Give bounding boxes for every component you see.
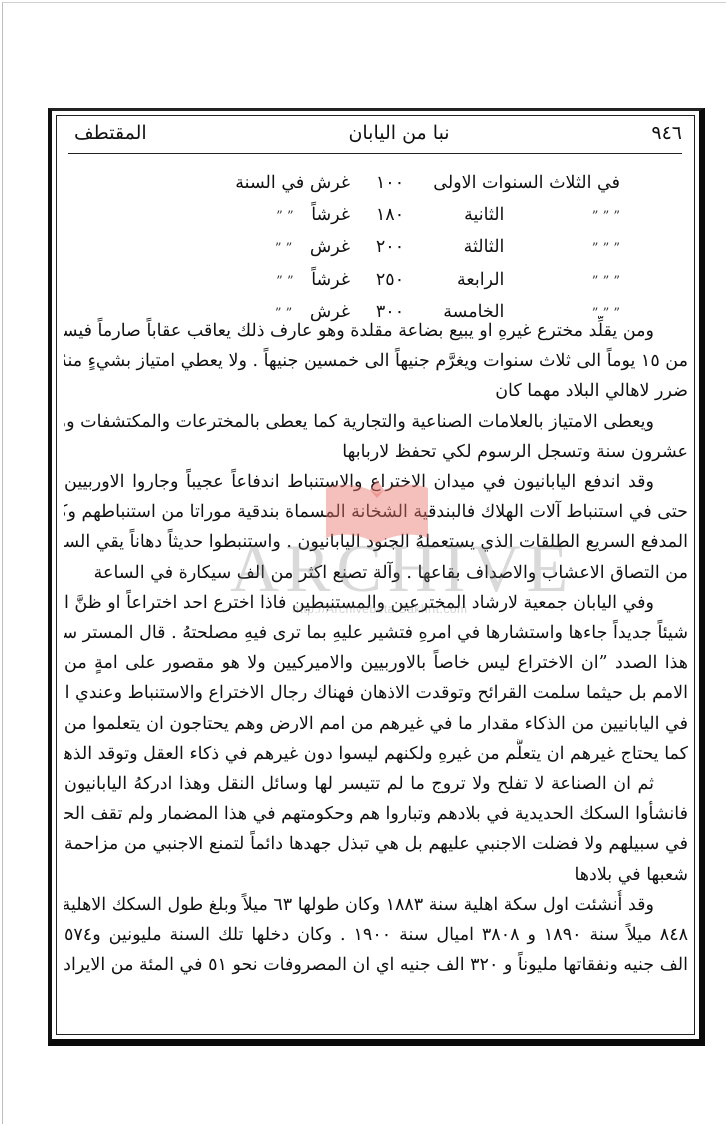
text-line: وفي اليابان جمعية لارشاد المخترعين والمس… [64, 588, 688, 618]
text-line: ومن يقلِّد مخترع غيرهِ او يبيع بضاعة مقل… [64, 316, 688, 346]
page-number: ٩٤٦ [651, 122, 682, 144]
fee-row: ” ” ” الثالثة ٢٠٠ غرش ” ” [200, 232, 620, 265]
fee-amount: ٢٠٠ [350, 232, 430, 265]
text-line: في اليابانيين من الذكاء مقدار ما في غيره… [64, 709, 688, 739]
ditto-marks: ” ” [276, 209, 293, 224]
fee-period: الرابعة [457, 265, 504, 297]
fee-period: الثالثة [464, 232, 505, 264]
text-line: ويعطى الامتياز بالعلامات الصناعية والتجا… [64, 407, 688, 437]
article-body: ومن يقلِّد مخترع غيرهِ او يبيع بضاعة مقل… [64, 316, 688, 980]
fee-amount: ٢٥٠ [350, 265, 430, 298]
header-rule [68, 153, 682, 154]
text-line: حتى في استنباط آلات الهلاك فالبندقية الش… [64, 497, 688, 527]
ditto-marks: ” ” [276, 274, 293, 289]
text-line: ثم ان الصناعة لا تفلح ولا تروج ما لم تتي… [64, 769, 688, 799]
document-page: ٩٤٦ نبا من اليابان المقتطف في الثلاث الس… [60, 116, 696, 1034]
fee-unit: غرشاً [311, 270, 350, 290]
text-line: في سبيلهم ولا فضلت الاجنبي عليهم بل هي ت… [64, 829, 688, 859]
fee-row: ” ” ” الثانية ١٨٠ غرشاً ” ” [200, 200, 620, 233]
article-title: نبا من اليابان [348, 122, 449, 144]
journal-name: المقتطف [74, 122, 147, 144]
text-line: شيئاً جديداً جاءها واستشارها في امرهِ فت… [64, 618, 688, 648]
text-line: من التصاق الاعشاب والاصداف بقاعها . وآلة… [64, 558, 688, 588]
ditto-marks: ” ” ” [510, 201, 620, 233]
text-line: وقد اندفع اليابانيون في ميدان الاختراع و… [64, 467, 688, 497]
fee-period: الثانية [464, 200, 504, 232]
ditto-marks: ” ” ” [510, 233, 620, 265]
ditto-marks: ” ” ” [510, 266, 620, 298]
text-line: وقد أُنشئت اول سكة اهلية سنة ١٨٨٣ وكان ط… [64, 890, 688, 920]
text-line: عشرون سنة وتسجل الرسوم لكي تحفظ لاربابها [64, 437, 688, 467]
running-head: ٩٤٦ نبا من اليابان المقتطف [60, 116, 696, 150]
fee-amount: ١٨٠ [350, 200, 430, 233]
fee-row: ” ” ” الرابعة ٢٥٠ غرشاً ” ” [200, 265, 620, 298]
text-line: المدفع السريع الطلقات الذي يستعملهُ الجن… [64, 527, 688, 557]
text-line: الف جنيه ونفقاتها مليوناً و ٣٢٠ الف جنيه… [64, 950, 688, 980]
text-line: فانشأوا السكك الحديدية في بلادهم وتباروا… [64, 799, 688, 829]
text-line: شعبها في بلادها [64, 860, 688, 890]
text-line: كما يحتاج غيرهم ان يتعلَّم من غيرهِ ولكن… [64, 739, 688, 769]
text-line: من ١٥ يوماً الى ثلاث سنوات ويغرَّم جنيها… [64, 346, 688, 376]
fee-amount: ١٠٠ [350, 168, 430, 200]
fee-period: في الثلاث السنوات الاولى [430, 168, 620, 200]
text-line: ٨٤٨ ميلاً سنة ١٨٩٠ و ٣٨٠٨ اميال سنة ١٩٠٠… [64, 920, 688, 950]
text-line: الامم بل حيثما سلمت القرائح وتوقدت الاذه… [64, 678, 688, 708]
fee-row: في الثلاث السنوات الاولى ١٠٠ غرش في السن… [200, 168, 620, 200]
text-line: ضرر لاهالي البلاد مهما كان [64, 376, 688, 406]
fee-unit: غرشاً [311, 205, 350, 225]
text-line: هذا الصدد ”ان الاختراع ليس خاصاً بالاورب… [64, 648, 688, 678]
fee-unit: غرش في السنة [200, 168, 350, 200]
fee-unit: غرش [310, 237, 350, 257]
fee-table: في الثلاث السنوات الاولى ١٠٠ غرش في السن… [200, 168, 620, 330]
ditto-marks: ” ” [275, 241, 292, 256]
